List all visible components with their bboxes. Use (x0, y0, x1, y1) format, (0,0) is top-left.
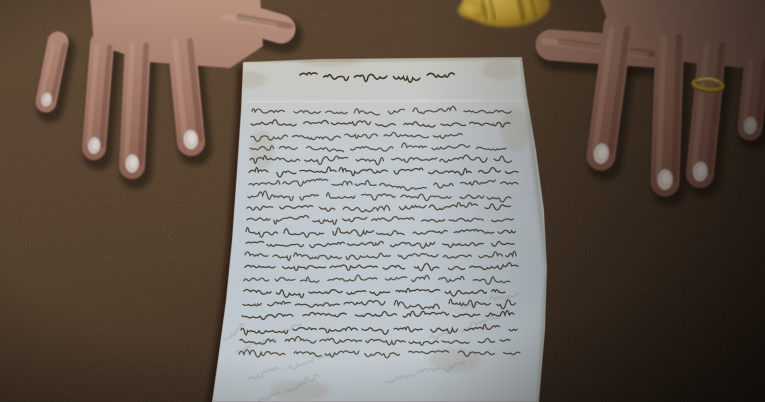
vignette (0, 0, 765, 402)
photo-scene (0, 0, 765, 402)
photo-of-handwritten-letter (0, 0, 765, 402)
